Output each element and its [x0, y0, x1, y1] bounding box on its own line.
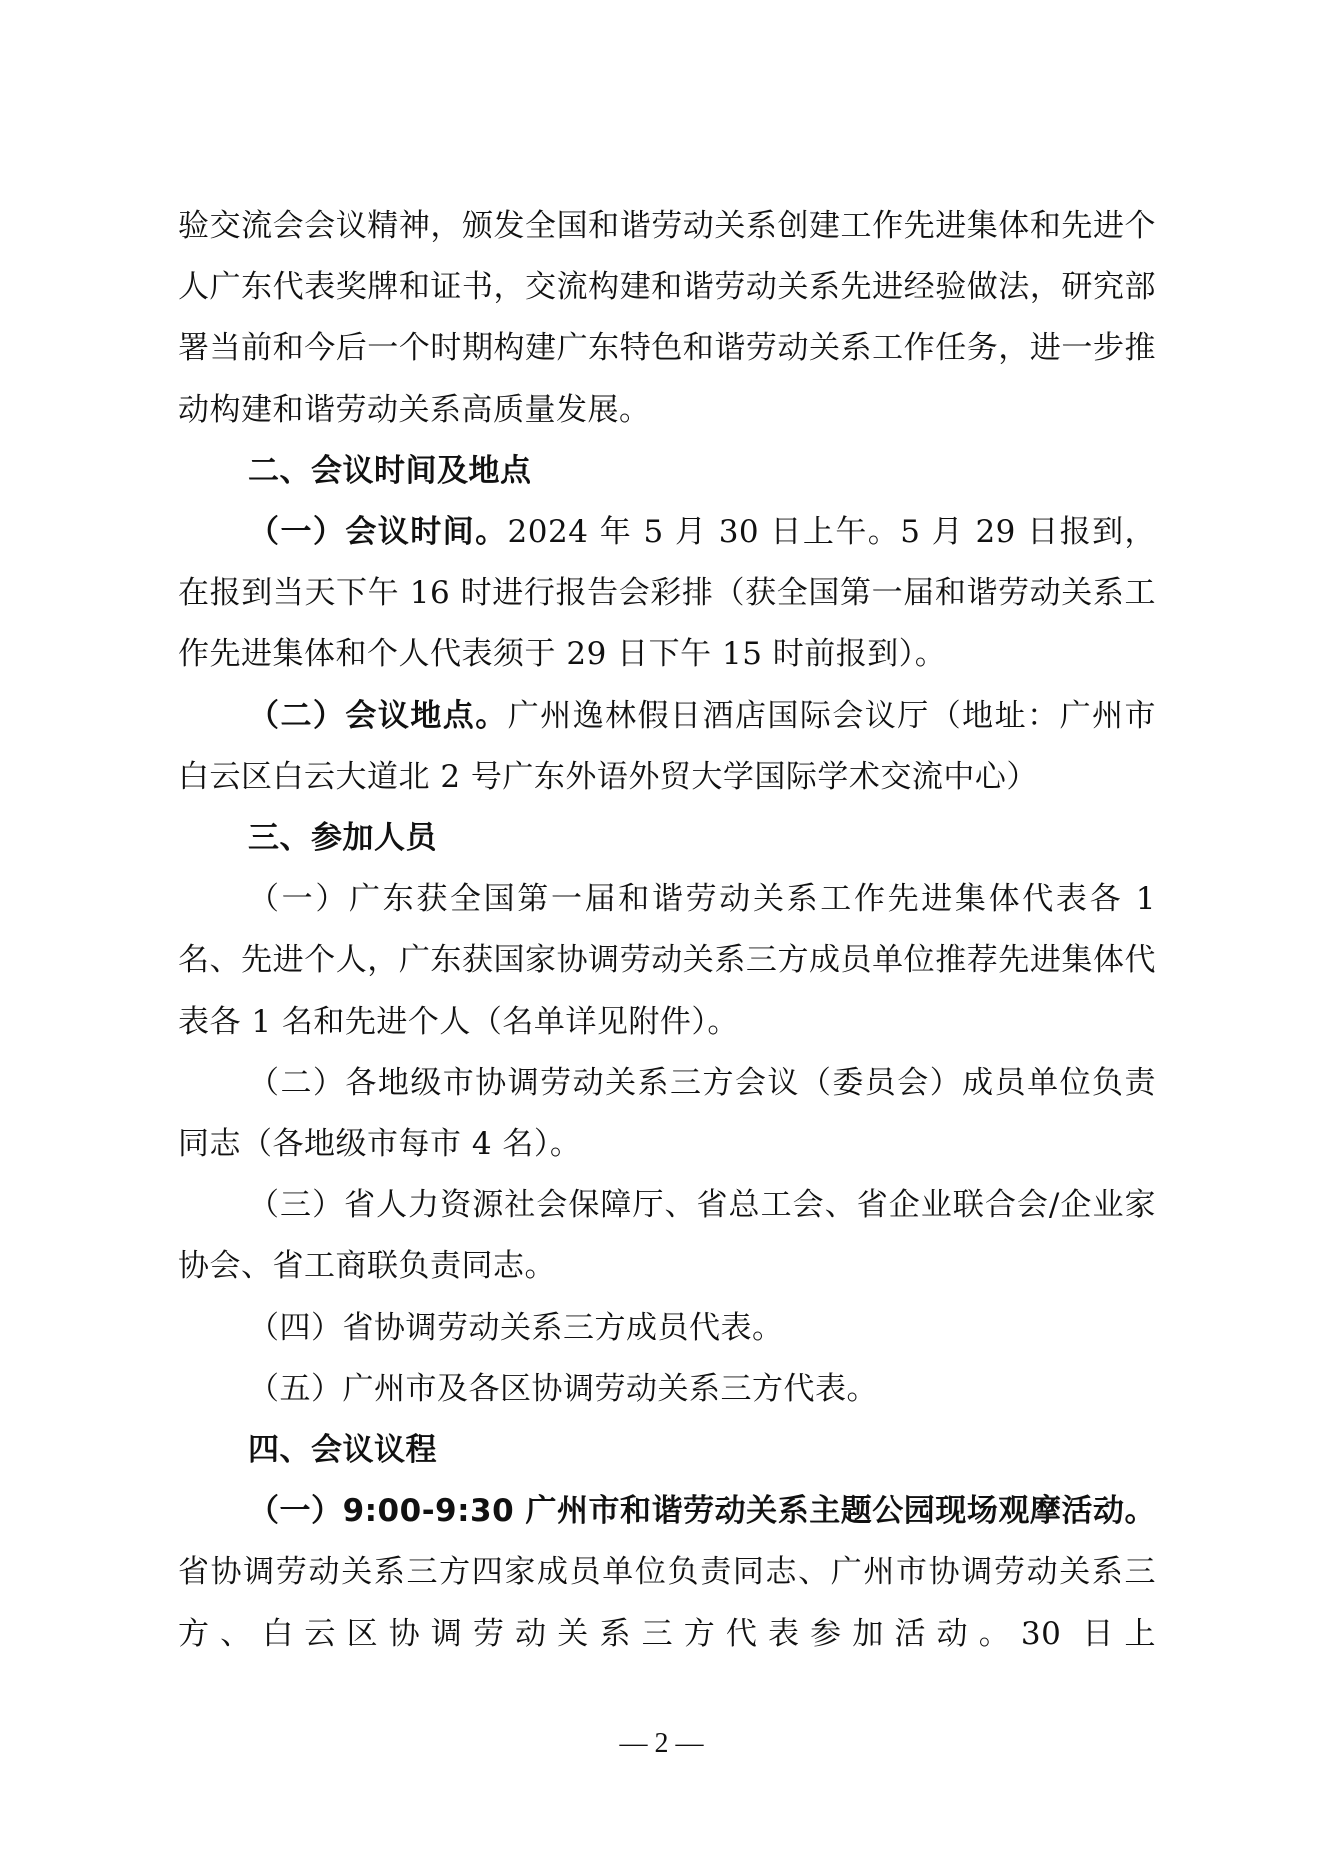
paragraph-purpose: 验交流会会议精神，颁发全国和谐劳动关系创建工作先进集体和先进个人广东代表奖牌和证… — [178, 196, 1156, 441]
paragraph-meeting-time: （一）会议时间。2024 年 5 月 30 日上午。5 月 29 日报到，在报到… — [178, 502, 1156, 686]
participant-item-4: （四）省协调劳动关系三方成员代表。 — [178, 1298, 1156, 1359]
label-meeting-location: （二）会议地点。 — [248, 698, 508, 734]
heading-participants: 三、参加人员 — [178, 808, 1156, 869]
text-agenda-item-1: 省协调劳动关系三方四家成员单位负责同志、广州市协调劳动关系三方、白云区协调劳动关… — [178, 1554, 1156, 1651]
participant-item-1: （一）广东获全国第一届和谐劳动关系工作先进集体代表各 1 名、先进个人，广东获国… — [178, 869, 1156, 1053]
heading-time-location: 二、会议时间及地点 — [178, 441, 1156, 502]
agenda-item-1: （一）9:00-9:30 广州市和谐劳动关系主题公园现场观摩活动。省协调劳动关系… — [178, 1481, 1156, 1665]
page-number: — 2 — — [0, 1728, 1323, 1760]
heading-agenda: 四、会议议程 — [178, 1420, 1156, 1481]
participant-item-5: （五）广州市及各区协调劳动关系三方代表。 — [178, 1359, 1156, 1420]
participant-item-3: （三）省人力资源社会保障厅、省总工会、省企业联合会/企业家协会、省工商联负责同志… — [178, 1175, 1156, 1297]
paragraph-meeting-location: （二）会议地点。广州逸林假日酒店国际会议厅（地址：广州市白云区白云大道北 2 号… — [178, 686, 1156, 808]
document-page: 验交流会会议精神，颁发全国和谐劳动关系创建工作先进集体和先进个人广东代表奖牌和证… — [178, 196, 1156, 1665]
label-agenda-item-1: （一）9:00-9:30 广州市和谐劳动关系主题公园现场观摩活动。 — [248, 1493, 1156, 1529]
participant-item-2: （二）各地级市协调劳动关系三方会议（委员会）成员单位负责同志（各地级市每市 4 … — [178, 1053, 1156, 1175]
label-meeting-time: （一）会议时间。 — [248, 514, 508, 550]
